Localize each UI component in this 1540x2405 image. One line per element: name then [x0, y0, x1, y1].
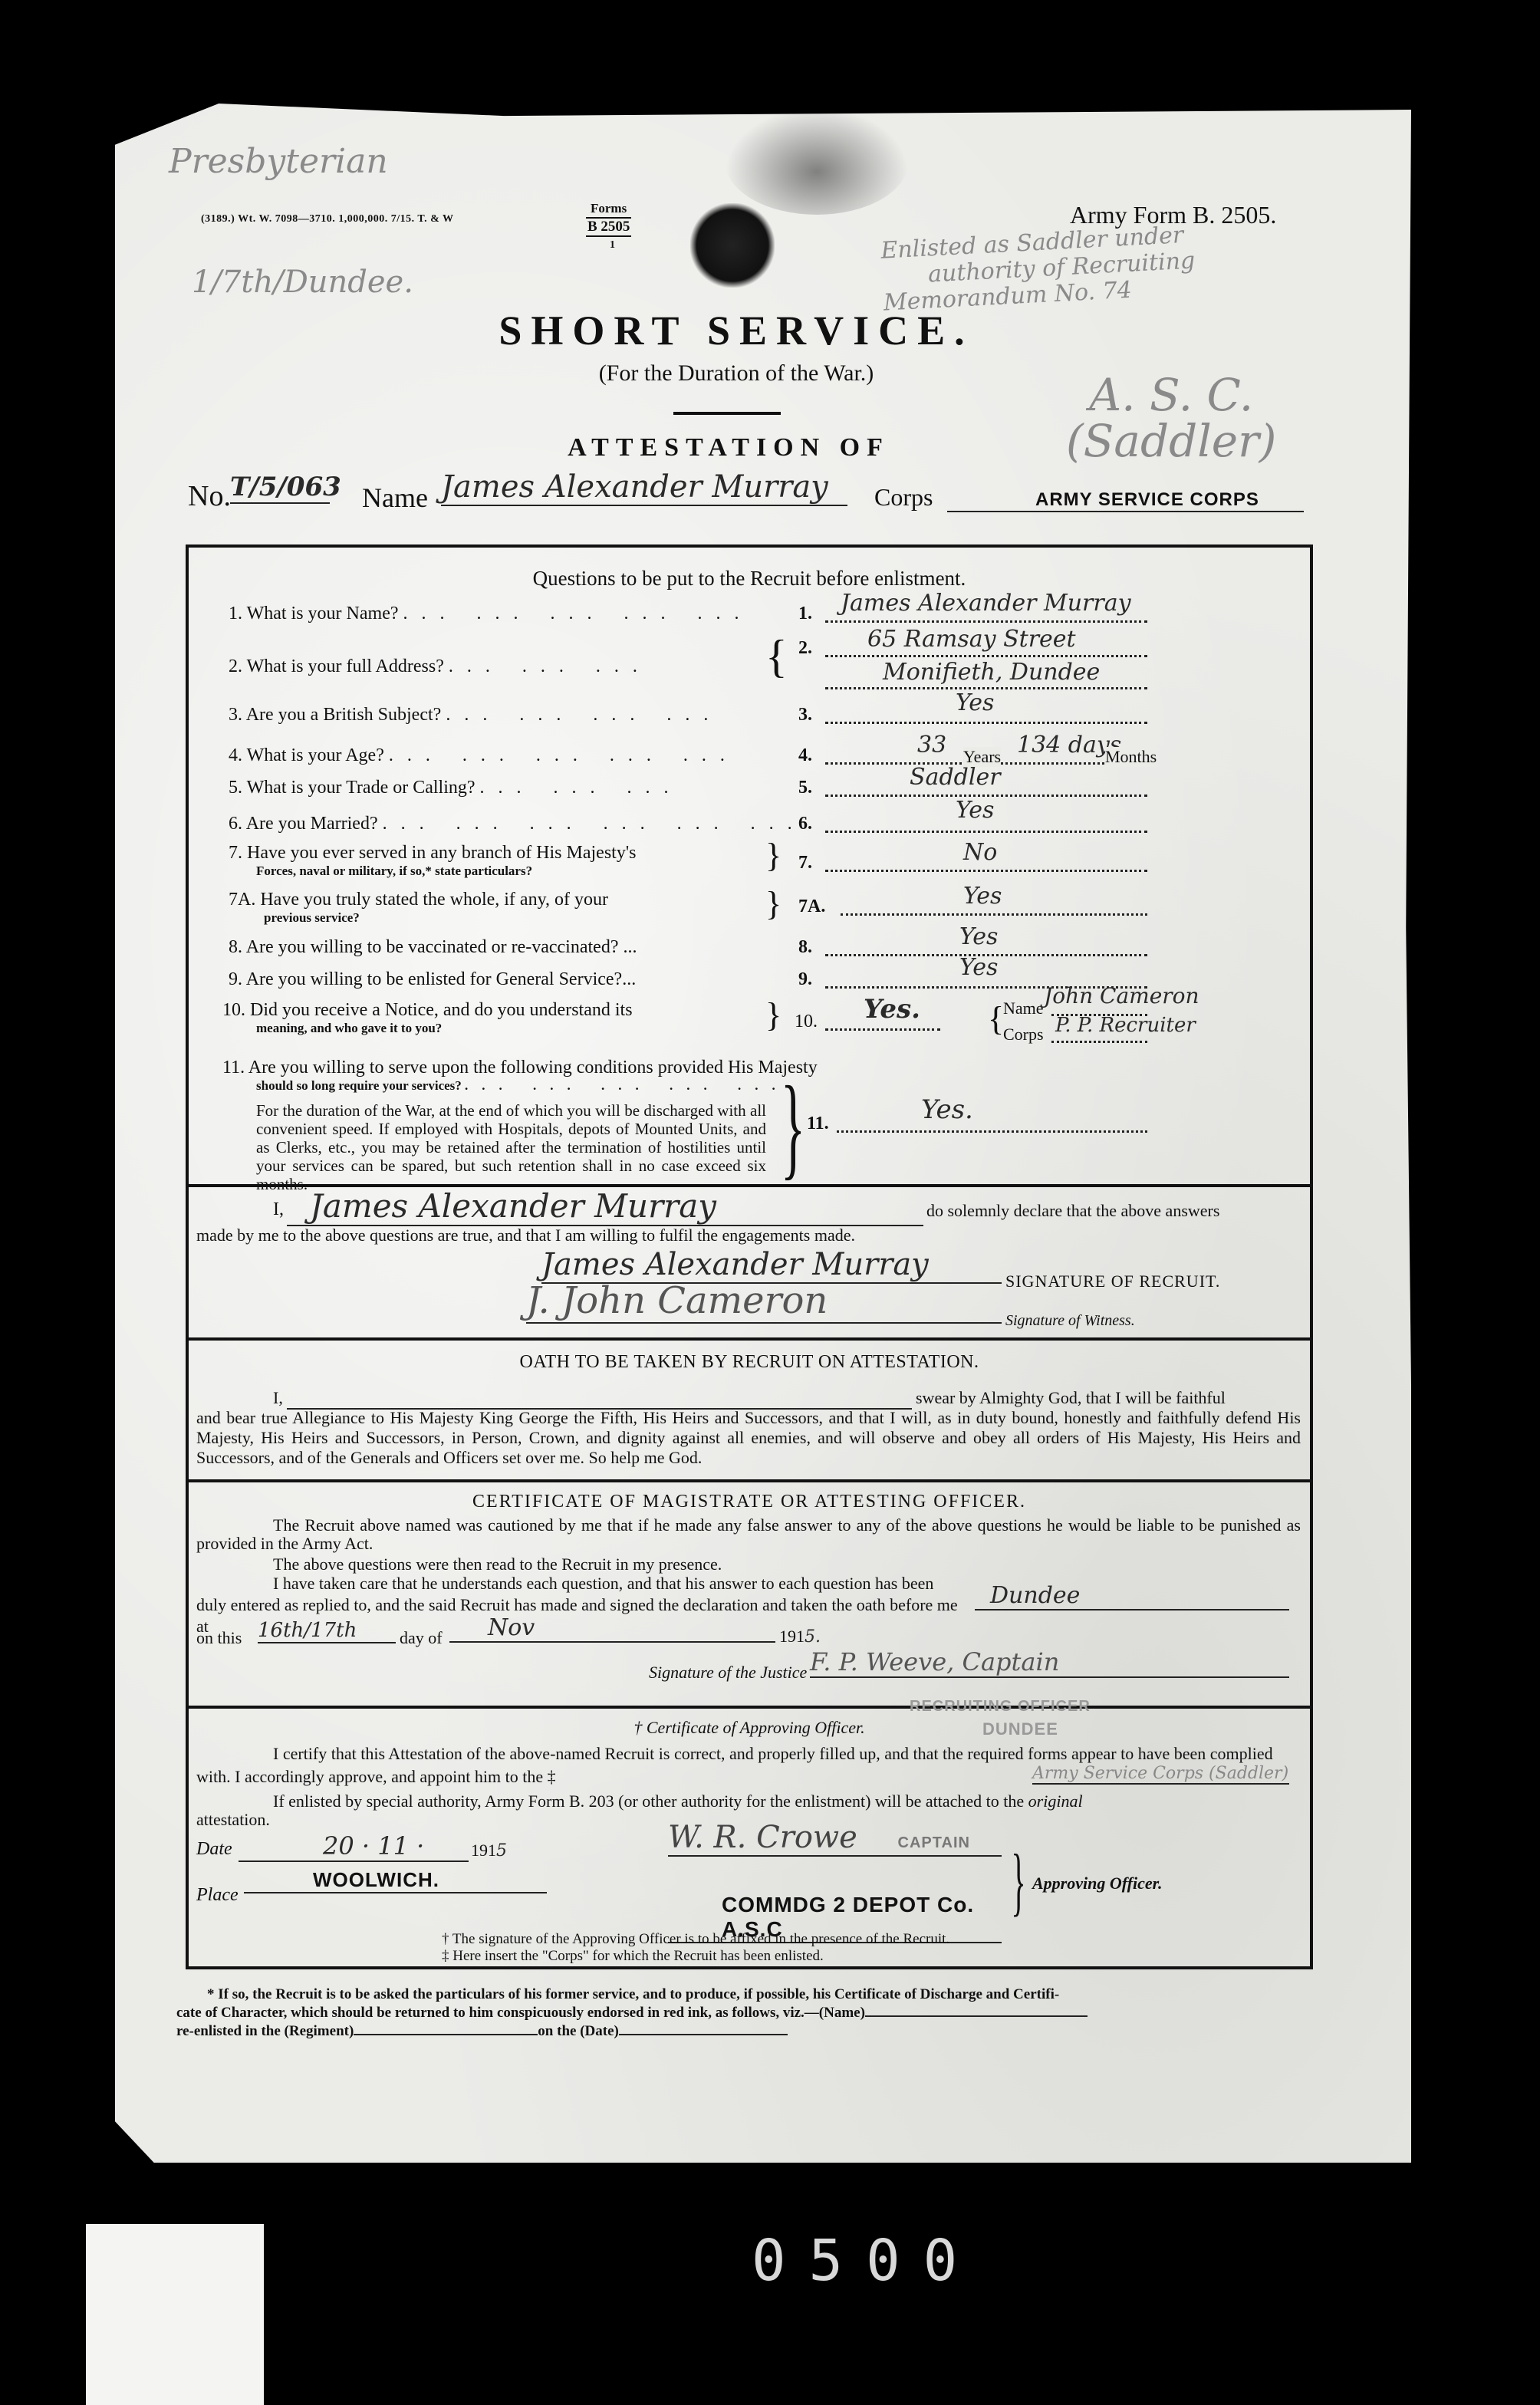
answer-1-name[interactable]: James Alexander Murray	[841, 590, 1131, 617]
year-prefix: 191	[471, 1841, 496, 1860]
answer-line	[825, 620, 1147, 623]
question-2: 2. What is your full Address? ... ... ..…	[229, 656, 651, 677]
question-text: Have you truly stated the whole, if any,…	[260, 890, 608, 910]
question-10: 10. Did you receive a Notice, and do you…	[222, 1000, 633, 1021]
answer-2-address-line2[interactable]: Monifieth, Dundee	[883, 659, 1100, 686]
answer-line	[837, 1130, 1147, 1133]
officer-signature-text: W. R. Crowe	[668, 1820, 857, 1855]
answer-6-married[interactable]: Yes	[956, 797, 994, 824]
question-number: 2.	[229, 656, 242, 676]
approving-para-2-end: attestation.	[196, 1810, 270, 1830]
question-text: Are you willing to serve upon the follow…	[248, 1058, 818, 1077]
justice-signature[interactable]: F. P. Weeve, Captain	[810, 1647, 1289, 1678]
declaration-text-1: do solemnly declare that the above answe…	[926, 1201, 1219, 1221]
attestation-year: 1915.	[779, 1627, 821, 1647]
question-text: Are you willing to be enlisted for Gener…	[246, 969, 623, 989]
approving-para-2-italic: original	[1028, 1791, 1083, 1811]
attestation-month[interactable]: Nov	[449, 1614, 775, 1643]
notice-given-by-name[interactable]: John Cameron	[1044, 983, 1199, 1008]
oath-text-1: swear by Almighty God, that I will be fa…	[916, 1388, 1226, 1408]
brace-icon: {	[765, 633, 788, 679]
answer-number: 5.	[798, 778, 812, 798]
footnote-double-dagger: ‡ Here insert the "Corps" for which the …	[442, 1948, 824, 1965]
answer-11-conditions[interactable]: Yes.	[921, 1094, 973, 1125]
declaration-name[interactable]: James Alexander Murray	[287, 1187, 923, 1226]
answer-number: 9.	[798, 969, 812, 990]
question-4: 4. What is your Age? ... ... ... ... ...	[229, 745, 739, 766]
form-title: SHORT SERVICE.	[429, 307, 1043, 354]
question-1: 1. What is your Name? ... ... ... ... ..…	[229, 604, 753, 624]
question-number: 6.	[229, 814, 242, 834]
answer-number: 10.	[795, 1012, 818, 1032]
question-text: Are you a British Subject?	[246, 705, 442, 725]
magistrate-para-1: The Recruit above named was cautioned by…	[196, 1516, 1301, 1553]
answer-number: 8.	[798, 937, 812, 958]
question-7a: 7A. Have you truly stated the whole, if …	[229, 890, 608, 910]
question-10-subtext: meaning, and who gave it to you?	[256, 1021, 442, 1036]
corps-label: Corps	[874, 483, 933, 512]
footer-note-line-1: * If so, the Recruit is to be asked the …	[176, 1986, 1296, 2003]
attestation-form-box: Questions to be put to the Recruit befor…	[186, 544, 1313, 1969]
approving-officer-section: RECRUITING OFFICER DUNDEE † Certificate …	[189, 1706, 1310, 1969]
footer-note: * If so, the Recruit is to be asked the …	[176, 1986, 1296, 2040]
film-frame-number: 0500	[752, 2228, 980, 2294]
date-label: on the (Date)	[538, 2023, 619, 2039]
oath-section: OATH TO BE TAKEN BY RECRUIT ON ATTESTATI…	[189, 1337, 1310, 1482]
year-prefix: 191	[779, 1627, 805, 1646]
answer-7-previous-service[interactable]: No	[963, 839, 997, 866]
pencil-note-corps: A. S. C. (Saddler)	[1066, 372, 1276, 464]
question-text: What is your Trade or Calling?	[247, 778, 475, 798]
answer-number: 6.	[798, 814, 812, 834]
pencil-note-denomination: Presbyterian	[169, 142, 388, 181]
corps-stamp: ARMY SERVICE CORPS	[947, 489, 1304, 512]
declaration-prefix: I,	[273, 1199, 284, 1220]
answer-line	[1051, 1041, 1147, 1043]
answer-number: 3.	[798, 705, 812, 725]
question-6: 6. Are you Married? ... ... ... ... ... …	[229, 814, 806, 834]
date-label: Date	[196, 1839, 232, 1860]
answer-3-british-subject[interactable]: Yes	[956, 689, 994, 716]
answer-line	[825, 722, 1147, 724]
notice-corps-label: Corps	[1003, 1025, 1044, 1045]
answer-7a-truly-stated[interactable]: Yes	[963, 883, 1002, 910]
footnote-dagger: † The signature of the Approving Officer…	[442, 1931, 949, 1948]
appointed-corps[interactable]: Army Service Corps (Saddler)	[1032, 1764, 1289, 1785]
question-text: Are you Married?	[246, 814, 378, 834]
declaration-section: I, James Alexander Murray do solemnly de…	[189, 1184, 1310, 1341]
question-number: 7A.	[229, 890, 255, 910]
footer-note-line-3: re-enlisted in the (Regiment)on the (Dat…	[176, 2022, 1296, 2040]
footer-note-line-2-text: cate of Character, which should be retur…	[176, 2005, 865, 2021]
question-7: 7. Have you ever served in any branch of…	[229, 843, 637, 864]
answer-2-address-line1[interactable]: 65 Ramsay Street	[867, 626, 1076, 653]
approving-para-2: If enlisted by special authority, Army F…	[273, 1791, 1083, 1811]
on-this-label: on this	[196, 1628, 242, 1648]
answer-line	[825, 831, 1147, 833]
months-label: Months	[1105, 747, 1157, 767]
question-number: 11.	[222, 1058, 245, 1077]
question-11-subtext: should so long require your services? ..…	[256, 1078, 789, 1094]
approval-place[interactable]: WOOLWICH.	[244, 1868, 547, 1893]
captain-stamp: CAPTAIN	[898, 1834, 970, 1851]
magistrate-section: CERTIFICATE OF MAGISTRATE OR ATTESTING O…	[189, 1479, 1310, 1709]
brace-icon: }	[765, 992, 782, 1038]
answer-line	[841, 913, 1147, 916]
question-number: 1.	[229, 604, 242, 623]
year-suffix[interactable]: 5	[496, 1841, 507, 1861]
answer-4-age-years[interactable]: 33	[917, 732, 946, 758]
regiment-label: re-enlisted in the (Regiment)	[176, 2023, 354, 2039]
forms-number: B 2505	[586, 217, 631, 237]
approval-date[interactable]: 20 · 11 ·	[239, 1831, 469, 1862]
recruit-name: James Alexander Murray	[441, 469, 847, 506]
question-number: 3.	[229, 705, 242, 725]
question-text: Did you receive a Notice, and do you und…	[250, 1000, 633, 1020]
witness-signature-label: Signature of Witness.	[1005, 1312, 1135, 1330]
number-label: No.	[188, 479, 231, 513]
oath-prefix: I,	[273, 1388, 283, 1408]
forms-label: Forms	[591, 201, 627, 216]
question-text: What is your full Address?	[247, 656, 444, 676]
footer-note-line-2: cate of Character, which should be retur…	[176, 2003, 1296, 2022]
ink-blot	[725, 107, 909, 215]
question-7-subtext: Forces, naval or military, if so,* state…	[256, 864, 532, 879]
declaration-text-2: made by me to the above questions are tr…	[196, 1226, 855, 1245]
day-of-label: day of	[400, 1628, 443, 1648]
oath-heading: OATH TO BE TAKEN BY RECRUIT ON ATTESTATI…	[189, 1352, 1310, 1373]
attestation-heading: ATTESTATION OF	[460, 433, 997, 462]
brace-icon: }	[765, 881, 782, 927]
question-number: 4.	[229, 745, 242, 765]
question-number: 7.	[229, 843, 242, 863]
calibration-card	[86, 2224, 264, 2405]
name-label: Name	[362, 482, 428, 514]
notice-given-by-corps[interactable]: P. P. Recruiter	[1055, 1014, 1196, 1037]
brace-icon: {	[988, 996, 1004, 1042]
question-number: 5.	[229, 778, 242, 798]
forms-sub: 1	[610, 239, 615, 252]
brace-icon: }	[781, 1069, 805, 1184]
former-name-field[interactable]	[865, 2003, 1088, 2017]
oath-name-line[interactable]	[287, 1390, 912, 1410]
question-text: Have you ever served in any branch of Hi…	[247, 843, 637, 863]
question-number: 9.	[229, 969, 242, 989]
magistrate-heading: CERTIFICATE OF MAGISTRATE OR ATTESTING O…	[189, 1492, 1310, 1512]
approving-officer-label: Approving Officer.	[1032, 1874, 1162, 1893]
answer-number: 7A.	[798, 897, 825, 917]
answer-9-general-service[interactable]: Yes	[959, 954, 998, 981]
brace-icon: }	[1011, 1843, 1025, 1920]
answer-line	[825, 1028, 940, 1031]
approving-heading: † Certificate of Approving Officer.	[189, 1718, 1310, 1738]
attestation-day[interactable]: 16th/17th	[258, 1619, 396, 1643]
question-7a-subtext: previous service?	[264, 910, 360, 926]
service-conditions: For the duration of the War, at the end …	[256, 1101, 766, 1193]
answer-line	[825, 655, 1147, 657]
pencil-note-regiment: 1/7th/Dundee.	[192, 265, 413, 300]
answer-8-vaccinated[interactable]: Yes	[959, 923, 998, 950]
answer-number: 4.	[798, 745, 812, 766]
questions-heading: Questions to be put to the Recruit befor…	[189, 567, 1310, 591]
witness-signature[interactable]: J. John Cameron	[526, 1279, 1002, 1324]
justice-signature-label: Signature of the Justice	[649, 1663, 807, 1683]
answer-10-notice[interactable]: Yes.	[864, 994, 920, 1025]
pencil-note-line: A. S. C.	[1066, 372, 1276, 418]
question-text: What is your Age?	[247, 745, 384, 765]
question-5: 5. What is your Trade or Calling? ... ..…	[229, 778, 683, 798]
attestation-place[interactable]: Dundee	[975, 1582, 1289, 1610]
year-suffix[interactable]: 5.	[805, 1627, 821, 1647]
question-text: Are you willing to be vaccinated or re-v…	[246, 937, 619, 957]
question-9: 9. Are you willing to be enlisted for Ge…	[229, 969, 636, 990]
question-number: 10.	[222, 1000, 245, 1020]
brace-icon: }	[765, 833, 782, 879]
answer-line	[825, 870, 1147, 872]
recruiting-office-stamp: RECRUITING OFFICER	[910, 1698, 1091, 1716]
place-label: Place	[196, 1885, 239, 1906]
answer-number: 11.	[807, 1114, 829, 1134]
question-8: 8. Are you willing to be vaccinated or r…	[229, 937, 637, 958]
approving-para-2-text: If enlisted by special authority, Army F…	[273, 1791, 1024, 1811]
approving-officer-signature[interactable]: W. R. Crowe CAPTAIN	[668, 1820, 1002, 1857]
oath-body: and bear true Allegiance to His Majesty …	[196, 1408, 1301, 1468]
regimental-number: T/5/063	[230, 472, 330, 504]
answer-number: 1.	[798, 604, 812, 624]
royal-crest-icon	[690, 203, 775, 288]
answer-5-trade[interactable]: Saddler	[910, 764, 1001, 791]
recruit-signature-label: SIGNATURE OF RECRUIT.	[1005, 1272, 1220, 1291]
regiment-field[interactable]	[354, 2022, 538, 2035]
notice-name-label: Name	[1003, 999, 1044, 1018]
question-11-subtext-text: should so long require your services?	[256, 1078, 462, 1093]
answer-number: 2.	[798, 638, 812, 659]
form-subtitle: (For the Duration of the War.)	[429, 360, 1043, 387]
title-divider	[673, 412, 781, 415]
question-3: 3. Are you a British Subject? ... ... ..…	[229, 705, 722, 725]
date-field[interactable]	[619, 2022, 788, 2035]
print-code: (3189.) Wt. W. 7098—3710. 1,000,000. 7/1…	[201, 213, 454, 225]
approval-year: 1915	[471, 1841, 507, 1861]
pencil-note-line: (Saddler)	[1066, 418, 1276, 464]
question-number: 8.	[229, 937, 242, 957]
recruit-signature[interactable]: James Alexander Murray	[541, 1247, 1002, 1284]
pencil-note-enlistment: Enlisted as Saddler under authority of R…	[880, 222, 1197, 316]
question-text: What is your Name?	[247, 604, 399, 623]
magistrate-para-2: The above questions were then read to th…	[273, 1555, 722, 1574]
question-11: 11. Are you willing to serve upon the fo…	[222, 1058, 818, 1078]
answer-number: 7.	[798, 853, 812, 873]
